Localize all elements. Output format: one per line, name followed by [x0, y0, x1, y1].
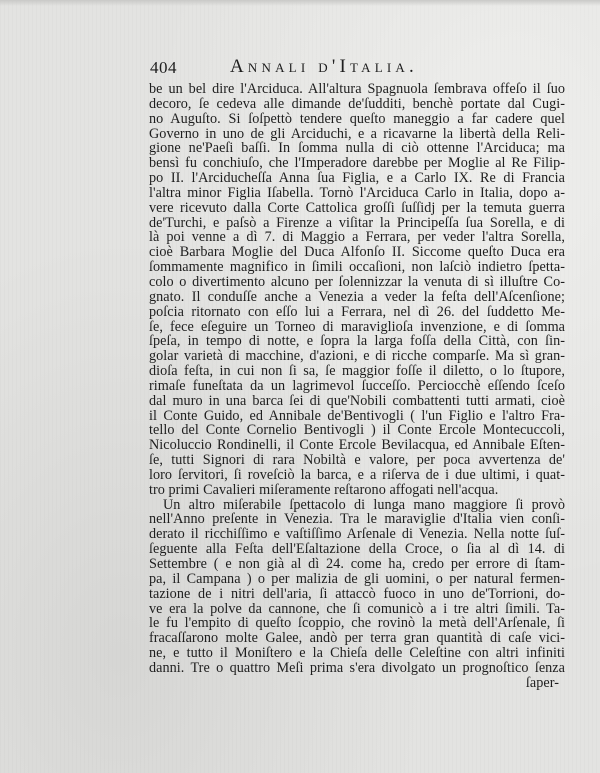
text-line: ſe, tutti Signori di rara Nobiltà e valo… [149, 453, 565, 468]
page-number: 404 [150, 58, 177, 78]
text-line: bensì fu conchiuſo, che l'Imperadore dar… [149, 156, 565, 171]
page-top-edge [0, 0, 600, 6]
text-line: be un bel dire l'Arciduca. All'altura Sp… [149, 82, 565, 97]
paragraph-2: Un altro miſerabile ſpettacolo di lunga … [149, 498, 565, 676]
body-text: be un bel dire l'Arciduca. All'altura Sp… [149, 82, 565, 691]
text-line: ne, e tutto il Moniſtero e la Chieſa del… [149, 646, 565, 661]
text-line: danni. Tre o quattro Meſi prima s'era di… [149, 661, 565, 676]
text-line: vere ricevuto dalla Corte Cattolica groſ… [149, 201, 565, 216]
text-line: ſe, fece eſeguire un Torneo di maravigli… [149, 320, 565, 335]
text-line: derato il ricchiſſimo e vaſtiſſimo Arſen… [149, 527, 565, 542]
text-line: colo o divertimento alcuno per ſolennizz… [149, 275, 565, 290]
text-line: Settembre ( e non già al dì 24. come ha,… [149, 557, 565, 572]
text-line: po II. l'Arciducheſſa Anna ſua Figlia, e… [149, 171, 565, 186]
text-line: de'Turchi, e paſsò a Firenze a viſitar l… [149, 216, 565, 231]
text-line: tazione de i nitri dell'aria, ſi attaccò… [149, 587, 565, 602]
text-line: Un altro miſerabile ſpettacolo di lunga … [149, 498, 565, 513]
text-line: là poi venne a dì 7. di Maggio a Ferrara… [149, 230, 565, 245]
text-line: no Auguſto. Si ſoſpettò tendere queſto m… [149, 112, 565, 127]
text-line: ſommamente magnifico in ſimili occaſioni… [149, 260, 565, 275]
text-line: tello del Conte Cornelio Bentivogli ) il… [149, 423, 565, 438]
text-line: Governo in uno de gli Arciduchi, e a ric… [149, 127, 565, 142]
text-line: fracaſſarono molte Galee, andò per terra… [149, 631, 565, 646]
text-line: golar varietà di macchine, d'azioni, e d… [149, 349, 565, 364]
text-line: gione ne'Paeſi baſſi. In ſomma nulla di … [149, 141, 565, 156]
text-line: tro primi Cavalieri miſeramente reſtaron… [149, 483, 565, 498]
catchword: ſaper- [149, 676, 565, 691]
text-line: l'altra minor Figlia Iſabella. Tornò l'A… [149, 186, 565, 201]
text-line: cioè Barbara Moglie del Duca Alfonſo II.… [149, 245, 565, 260]
paragraph-1: be un bel dire l'Arciduca. All'altura Sp… [149, 82, 565, 498]
text-line: ve era la polve da cannone, che ſi comun… [149, 602, 565, 617]
text-line: ſpeſa, in tempo di notte, e ſopra la lar… [149, 334, 565, 349]
page-header: 404 Annali d'Italia. [148, 56, 564, 80]
text-line: loro ſervitori, ſi roveſciò la barca, e … [149, 468, 565, 483]
text-line: dal muro in una barca ſei di que'Nobili … [149, 394, 565, 409]
text-line: nell'Anno preſente in Venezia. Tra le ma… [149, 512, 565, 527]
text-line: decoro, ſe cedeva alle dimande de'ſuddit… [149, 97, 565, 112]
text-line: Nicoluccio Rondinelli, il Conte Ercole B… [149, 438, 565, 453]
book-page: 404 Annali d'Italia. be un bel dire l'Ar… [0, 0, 600, 773]
text-line: gnato. Il conduſſe anche a Venezia a ved… [149, 290, 565, 305]
text-line: poſcia ritornato con eſſo lui a Ferrara,… [149, 305, 565, 320]
text-line: il Conte Guido, ed Annibale de'Bentivogl… [149, 409, 565, 424]
text-line: rimaſe funeſtata da un lagrimevol ſucceſ… [149, 379, 565, 394]
text-line: ſeguente alla Feſta dell'Eſaltazione del… [149, 542, 565, 557]
text-line: le fu l'empito di queſto ſcoppio, che ro… [149, 616, 565, 631]
text-line: dioſa feſta, in cui non ſi sa, ſe maggio… [149, 364, 565, 379]
running-title: Annali d'Italia. [230, 56, 418, 78]
text-line: pa, il Campana ) o per malizia de gli uo… [149, 572, 565, 587]
